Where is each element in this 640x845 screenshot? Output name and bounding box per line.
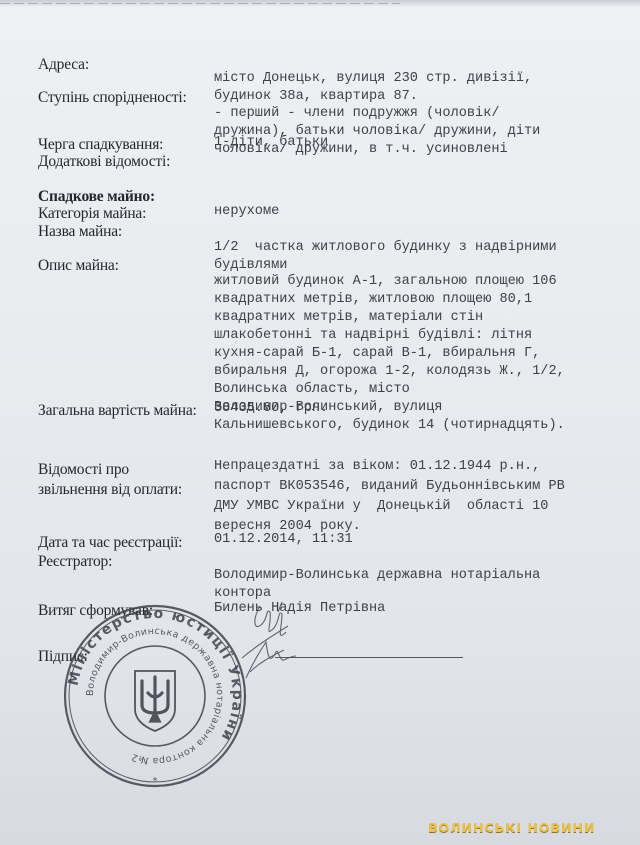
exemption-label: Відомості про звільнення від оплати: <box>38 440 182 500</box>
additional-info-label: Додаткові відомості: <box>38 153 170 171</box>
paper-top-edge <box>0 0 640 6</box>
kinship-label: Ступінь спорідненості: <box>38 89 187 107</box>
property-name-label: Назва майна: <box>38 223 122 241</box>
exemption-value: Непрацездатні за віком: 01.12.1944 р.н.,… <box>214 437 565 537</box>
registration-datetime-label: Дата та час реєстрації: <box>38 534 182 552</box>
news-watermark: ВОЛИНСЬКІ НОВИНИ <box>428 820 595 835</box>
property-category-label: Категорія майна: <box>38 205 146 223</box>
total-value-label: Загальна вартість майна: <box>38 402 197 420</box>
total-value-value: 38435.60, грн. <box>214 400 328 418</box>
coat-of-arms-icon <box>135 671 175 731</box>
handwritten-signature <box>232 598 312 683</box>
official-stamp: Міністерство юстиції України Володимир-В… <box>60 601 250 791</box>
registrar-label: Реєстратор: <box>38 553 112 571</box>
svg-text:*: * <box>153 776 158 787</box>
inheritance-order-label: Черга спадкування: <box>38 136 163 154</box>
property-category-value: нерухоме <box>214 203 279 221</box>
address-label: Адреса: <box>38 56 89 74</box>
property-description-label: Опис майна: <box>38 257 119 275</box>
registrar-value: Володимир-Волинська державна нотаріальна… <box>214 549 540 603</box>
registration-datetime-value: 01.12.2014, 11:31 <box>214 531 353 549</box>
section-title-inherited-property: Спадкове майно: <box>38 188 155 206</box>
inheritance-order-value: 1-діти, батьки <box>214 134 328 152</box>
